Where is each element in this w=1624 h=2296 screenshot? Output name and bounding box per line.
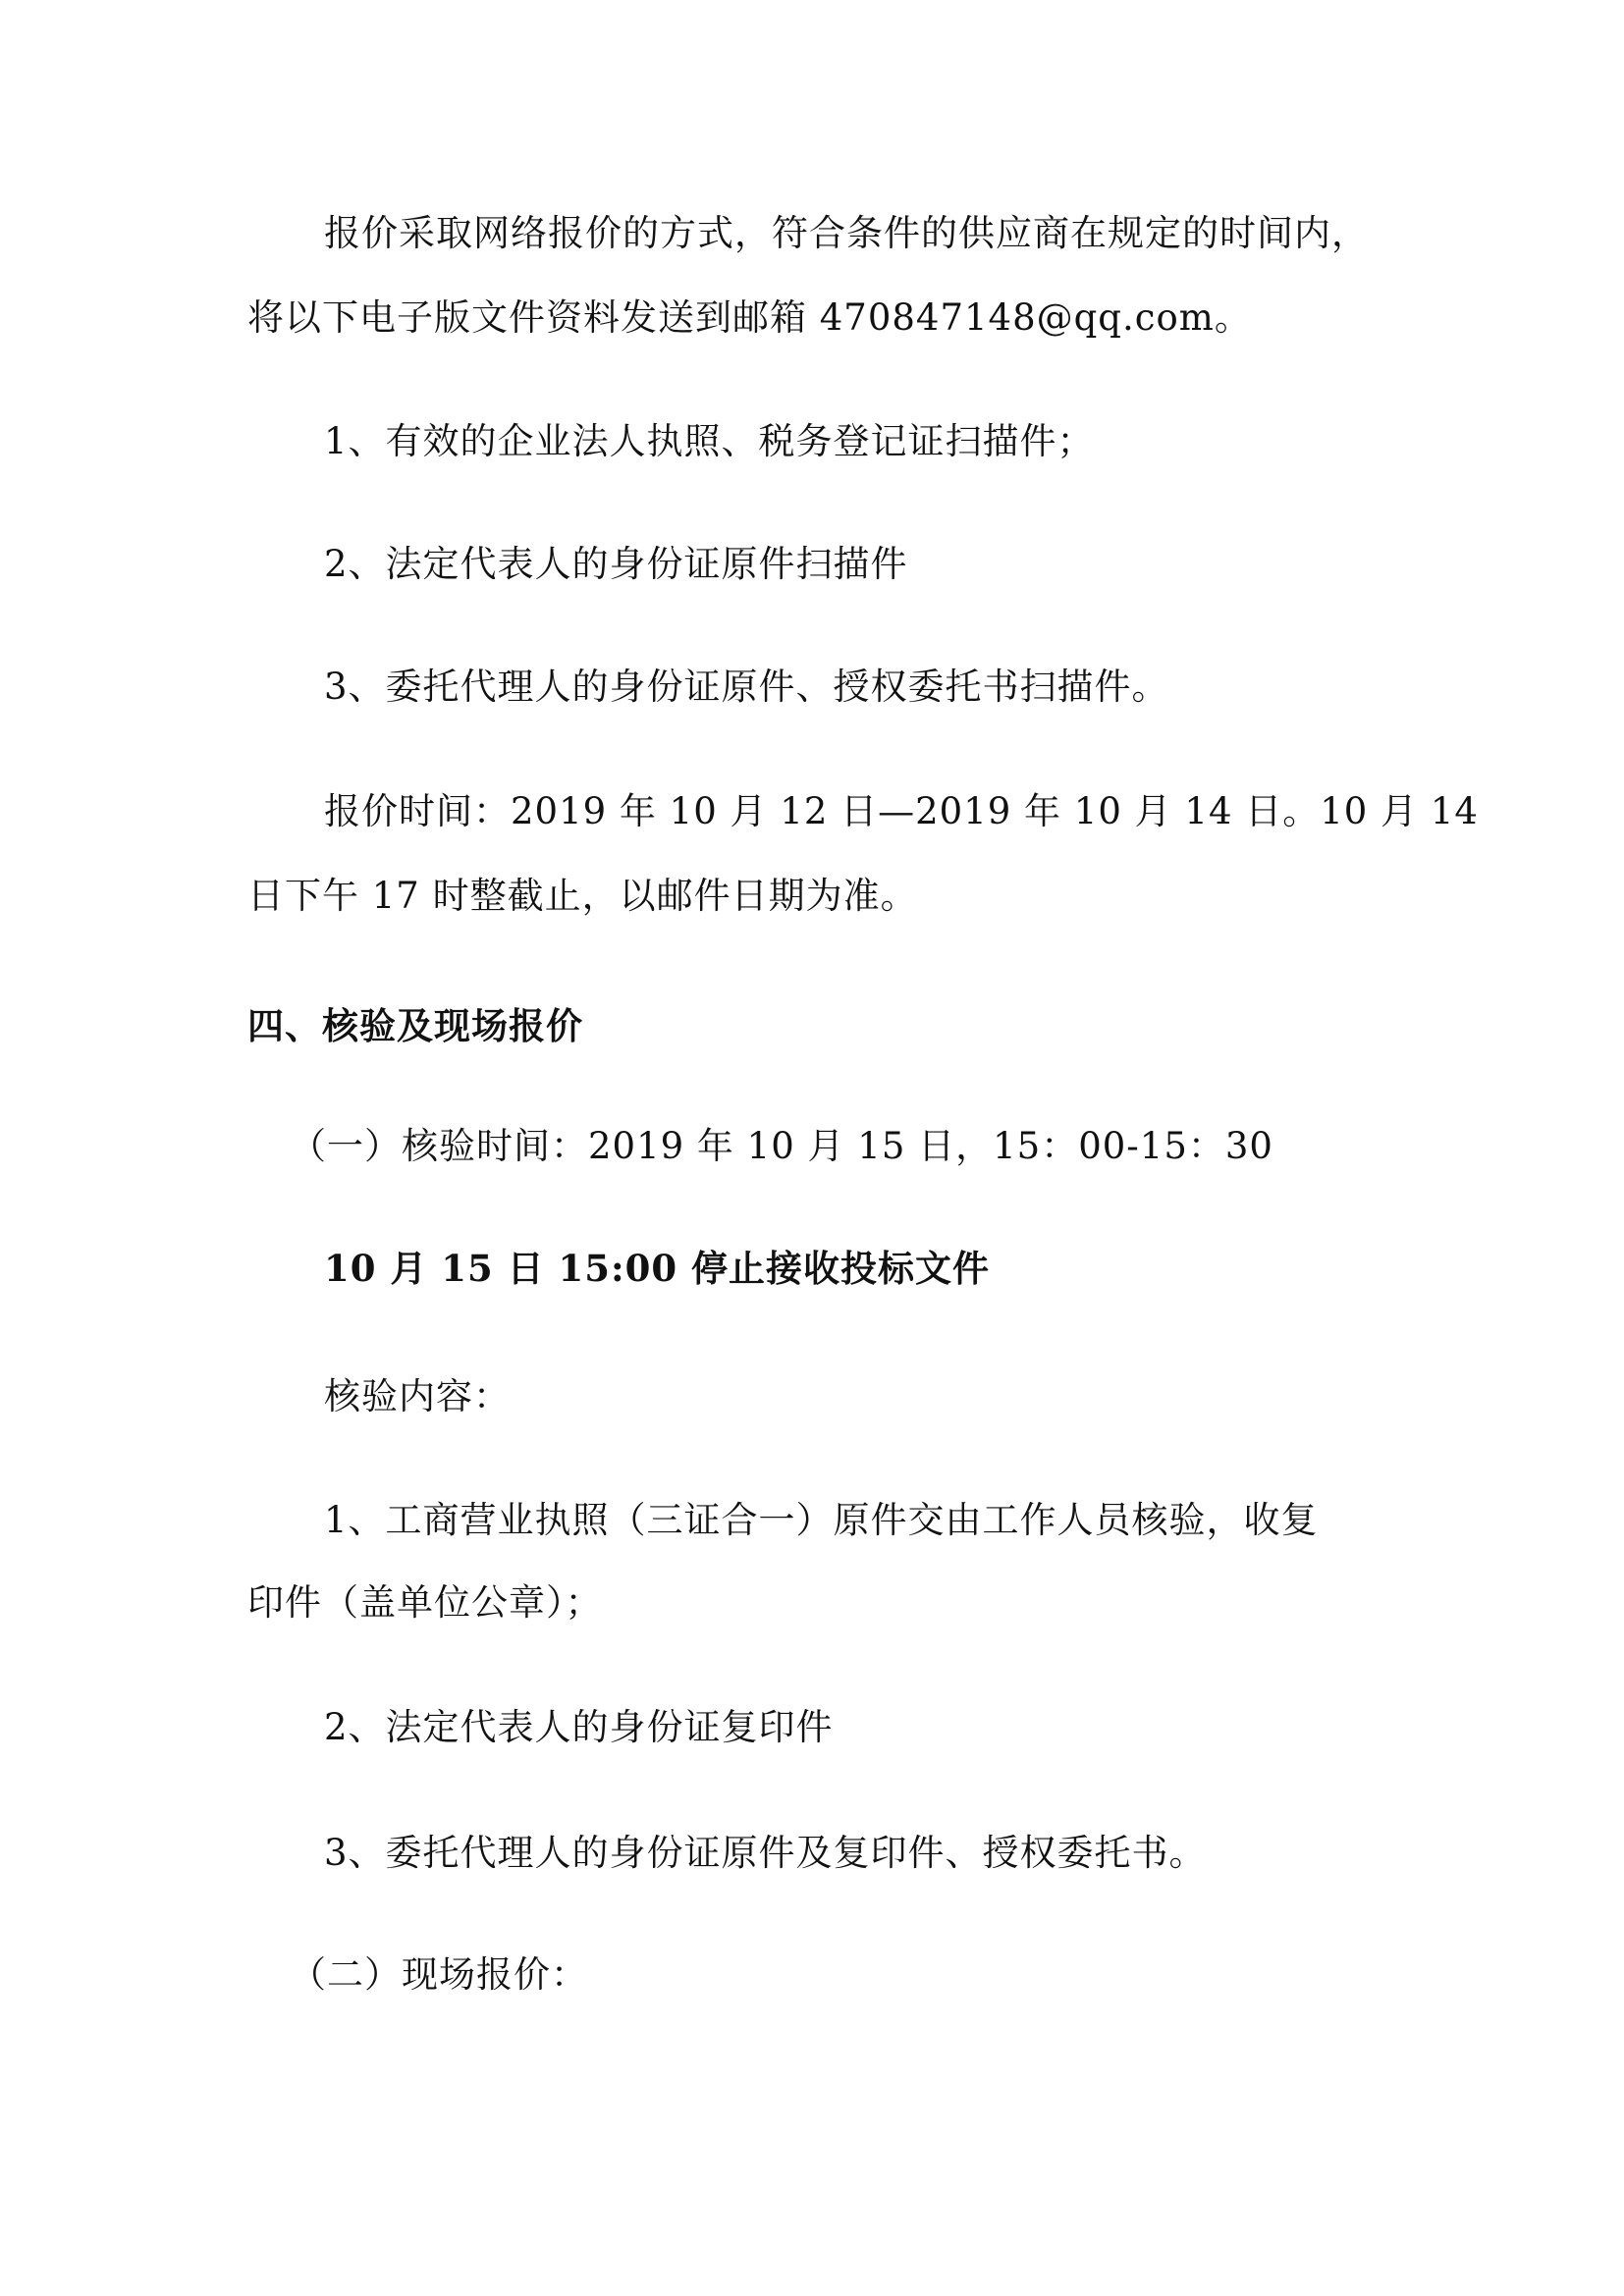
verification-item-1-line-2: 印件（盖单位公章）；	[247, 1581, 603, 1625]
verification-time: （一）核验时间：2019 年 10 月 15 日，15：00-15：30	[290, 1125, 1273, 1168]
paragraph-intro-line-1: 报价采取网络报价的方式，符合条件的供应商在规定的时间内，	[324, 212, 1369, 255]
verification-item-3: 3、委托代理人的身份证原件及复印件、授权委托书。	[324, 1832, 1207, 1875]
paragraph-intro-line-2: 将以下电子版文件资料发送到邮箱 470847148@qq.com。	[247, 296, 1252, 340]
verification-content-label: 核验内容：	[324, 1375, 511, 1418]
requirement-item-3: 3、委托代理人的身份证原件、授权委托书扫描件。	[324, 666, 1169, 709]
requirement-item-2: 2、法定代表人的身份证原件扫描件	[324, 543, 908, 586]
verification-item-2: 2、法定代表人的身份证复印件	[324, 1706, 834, 1749]
requirement-item-1: 1、有效的企业法人执照、税务登记证扫描件；	[324, 420, 1095, 463]
section-heading-verification: 四、核验及现场报价	[247, 1004, 583, 1047]
quote-time-line-2: 日下午 17 时整截止，以邮件日期为准。	[247, 875, 918, 918]
verification-item-1-line-1: 1、工商营业执照（三证合一）原件交由工作人员核验，收复	[324, 1499, 1319, 1542]
deadline-notice: 10 月 15 日 15:00 停止接收投标文件	[324, 1247, 990, 1290]
onsite-quote-title: （二）现场报价：	[290, 1953, 588, 1997]
quote-time-line-1: 报价时间：2019 年 10 月 12 日—2019 年 10 月 14 日。1…	[324, 790, 1479, 833]
